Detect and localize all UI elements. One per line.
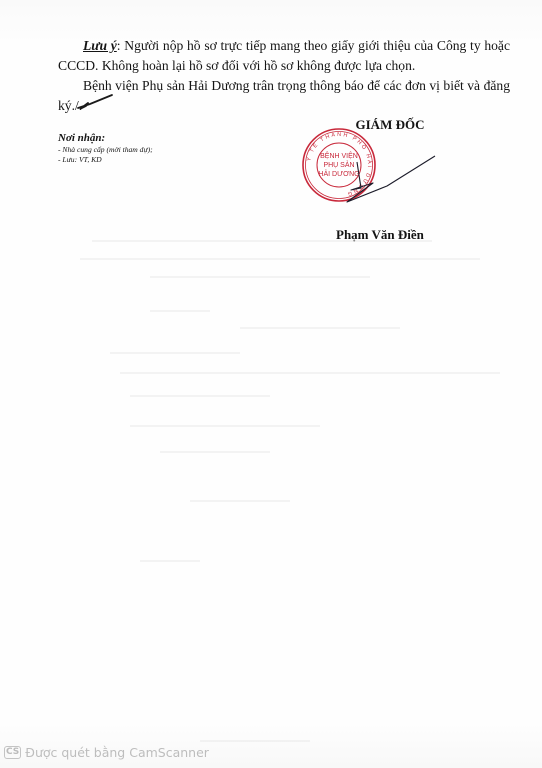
note-lead: Lưu ý	[83, 38, 117, 53]
bleed-through	[200, 740, 310, 742]
note-line-2: CCCD. Không hoàn lại hồ sơ đối với hồ sơ…	[58, 58, 415, 73]
bleed-through	[150, 276, 370, 278]
bleed-through	[140, 560, 200, 562]
bleed-through	[150, 310, 210, 312]
recipient-item: - Lưu: VT, KD	[58, 155, 153, 165]
bleed-through	[130, 425, 320, 427]
bleed-through	[130, 395, 270, 397]
watermark-label: Được quét bằng CamScanner	[25, 745, 209, 760]
recipient-item: - Nhà cung cấp (mời tham dự);	[58, 145, 153, 155]
scanner-watermark: CS Được quét bằng CamScanner	[4, 745, 209, 760]
bleed-through	[160, 451, 270, 453]
closing-paragraph: Bệnh viện Phụ sản Hải Dương trân trọng t…	[58, 76, 510, 116]
closing-line-1: Bệnh viện Phụ sản Hải Dương trân trọng t…	[58, 76, 510, 96]
bleed-through	[92, 240, 432, 242]
bleed-through	[190, 500, 290, 502]
recipients-block: Nơi nhận: - Nhà cung cấp (mời tham dự); …	[58, 131, 153, 165]
camscanner-icon: CS	[4, 746, 21, 759]
recipients-title: Nơi nhận:	[58, 131, 153, 145]
bleed-through	[240, 327, 400, 329]
note-paragraph: Lưu ý: Người nộp hồ sơ trực tiếp mang th…	[58, 36, 510, 76]
signature-icon	[345, 150, 440, 210]
bleed-through	[120, 372, 500, 374]
bleed-through	[80, 258, 480, 260]
bleed-through	[110, 352, 240, 354]
note-line-1: Lưu ý: Người nộp hồ sơ trực tiếp mang th…	[58, 36, 510, 56]
initial-scribble-icon	[76, 92, 116, 112]
document-page: Lưu ý: Người nộp hồ sơ trực tiếp mang th…	[0, 0, 542, 768]
note-text: : Người nộp hồ sơ trực tiếp mang theo gi…	[117, 38, 510, 53]
